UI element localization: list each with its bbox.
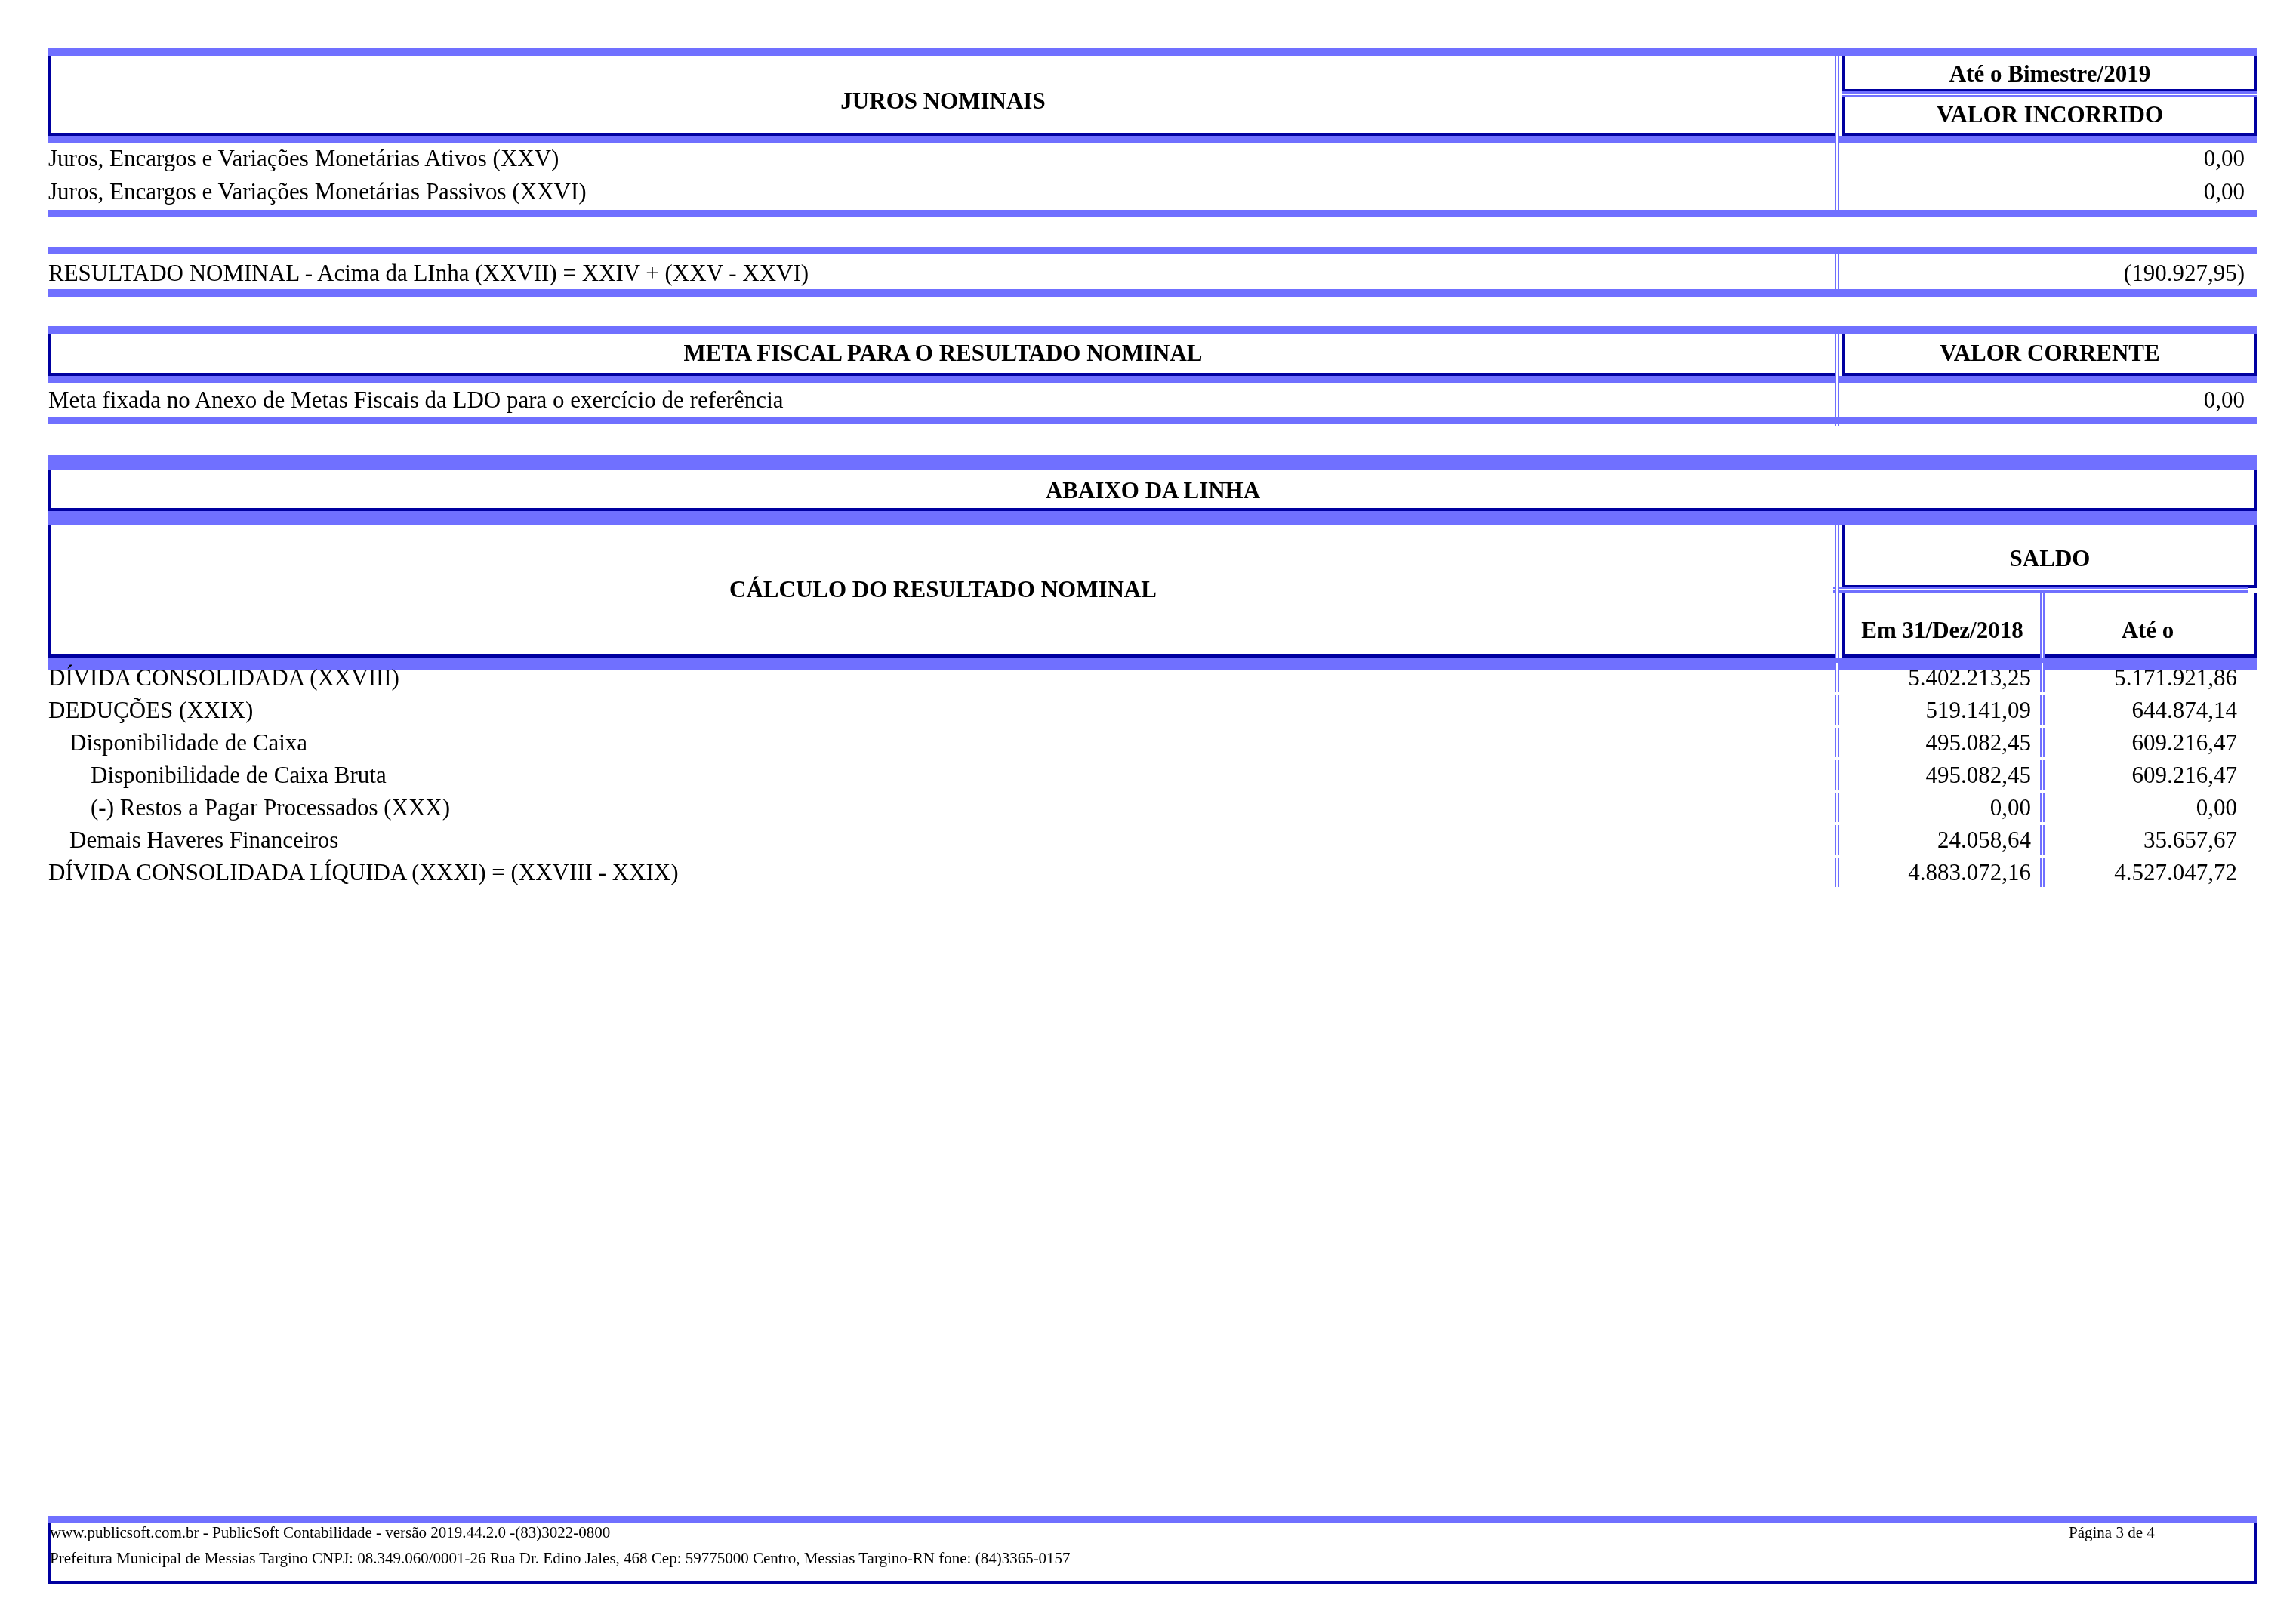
section-bottom-bar bbox=[48, 210, 2257, 217]
abaixo-row-value-current: 609.216,47 bbox=[2132, 759, 2238, 792]
meta-title: META FISCAL PARA O RESULTADO NOMINAL bbox=[48, 340, 1838, 367]
footer-line1: www.publicsoft.com.br - PublicSoft Conta… bbox=[50, 1523, 610, 1542]
header-divider bbox=[1842, 91, 2257, 97]
section-top-bar bbox=[48, 48, 2257, 56]
footer-top-bar bbox=[48, 1516, 2257, 1523]
column-divider bbox=[2040, 858, 2045, 887]
period-header: Até o Bimestre/2019 bbox=[1842, 60, 2257, 88]
abaixo-row-label: DÍVIDA CONSOLIDADA LÍQUIDA (XXXI) = (XXV… bbox=[48, 856, 679, 889]
column-divider bbox=[1835, 825, 1839, 855]
saldo-header: SALDO bbox=[1842, 545, 2257, 572]
section-bottom-bar bbox=[48, 417, 2257, 424]
section-top-bar bbox=[48, 326, 2257, 334]
abaixo-row-label: DEDUÇÕES (XXIX) bbox=[48, 694, 253, 727]
section-bar bbox=[48, 511, 2257, 525]
abaixo-row-value-2018: 495.082,45 bbox=[1926, 759, 2032, 792]
abaixo-row-value-2018: 495.082,45 bbox=[1926, 726, 2032, 759]
juros-row-label: Juros, Encargos e Variações Monetárias A… bbox=[48, 142, 559, 175]
abaixo-row-label: Disponibilidade de Caixa Bruta bbox=[91, 759, 387, 792]
abaixo-row-label: Disponibilidade de Caixa bbox=[69, 726, 307, 759]
section-bar bbox=[48, 376, 2257, 383]
column-divider bbox=[2040, 695, 2045, 725]
abaixo-row-value-2018: 5.402.213,25 bbox=[1908, 661, 2031, 694]
column-divider bbox=[2040, 760, 2045, 790]
abaixo-row-value-current: 35.657,67 bbox=[2143, 824, 2237, 857]
column-divider bbox=[2040, 825, 2045, 855]
abaixo-row-value-current: 0,00 bbox=[2196, 791, 2237, 824]
column-divider bbox=[2040, 793, 2045, 822]
page-number: Página 3 de 4 bbox=[2069, 1523, 2155, 1542]
abaixo-row-value-current: 609.216,47 bbox=[2132, 726, 2238, 759]
juros-row-value: 0,00 bbox=[2204, 142, 2245, 175]
column-divider bbox=[1835, 56, 1839, 214]
juros-row-label: Juros, Encargos e Variações Monetárias P… bbox=[48, 175, 587, 208]
column-divider bbox=[1835, 663, 1839, 692]
column-divider bbox=[1835, 695, 1839, 725]
col1-header: Em 31/Dez/2018 bbox=[1842, 617, 2042, 644]
column-divider bbox=[2040, 663, 2045, 692]
calc-title: CÁLCULO DO RESULTADO NOMINAL bbox=[48, 576, 1838, 603]
abaixo-row-label: Demais Haveres Financeiros bbox=[69, 824, 338, 857]
section-top-bar bbox=[48, 455, 2257, 470]
abaixo-row-label: (-) Restos a Pagar Processados (XXX) bbox=[91, 791, 450, 824]
section-bottom-bar bbox=[48, 289, 2257, 297]
abaixo-row-label: DÍVIDA CONSOLIDADA (XXVIII) bbox=[48, 661, 399, 694]
column-divider bbox=[1835, 793, 1839, 822]
abaixo-row-value-2018: 0,00 bbox=[1990, 791, 2031, 824]
valor-corrente-header: VALOR CORRENTE bbox=[1842, 340, 2257, 367]
section-top-bar bbox=[48, 247, 2257, 254]
abaixo-title: ABAIXO DA LINHA bbox=[48, 477, 2257, 504]
abaixo-row-value-2018: 4.883.072,16 bbox=[1908, 856, 2031, 889]
column-divider bbox=[2040, 728, 2045, 757]
value-incorrido-header: VALOR INCORRIDO bbox=[1842, 101, 2257, 128]
column-divider bbox=[1835, 728, 1839, 757]
column-divider bbox=[1835, 760, 1839, 790]
column-divider bbox=[1835, 858, 1839, 887]
footer-line2: Prefeitura Municipal de Messias Targino … bbox=[50, 1549, 1071, 1568]
column-divider bbox=[1835, 334, 1839, 426]
juros-row-value: 0,00 bbox=[2204, 175, 2245, 208]
resultado-value: (190.927,95) bbox=[2124, 257, 2245, 290]
abaixo-row-value-current: 644.874,14 bbox=[2132, 694, 2238, 727]
abaixo-row-value-current: 5.171.921,86 bbox=[2114, 661, 2237, 694]
meta-row-label: Meta fixada no Anexo de Metas Fiscais da… bbox=[48, 383, 784, 417]
meta-row-value: 0,00 bbox=[2204, 383, 2245, 417]
juros-title: JUROS NOMINAIS bbox=[48, 88, 1838, 115]
column-divider bbox=[1835, 525, 1839, 659]
column-divider bbox=[1835, 254, 1839, 292]
resultado-label: RESULTADO NOMINAL - Acima da LInha (XXVI… bbox=[48, 257, 809, 290]
column-divider bbox=[2040, 593, 2045, 659]
abaixo-row-value-2018: 519.141,09 bbox=[1926, 694, 2032, 727]
abaixo-row-value-2018: 24.058,64 bbox=[1937, 824, 2031, 857]
abaixo-row-value-current: 4.527.047,72 bbox=[2114, 856, 2237, 889]
col2-header: Até o bbox=[2048, 617, 2248, 644]
saldo-divider bbox=[1833, 587, 2248, 593]
